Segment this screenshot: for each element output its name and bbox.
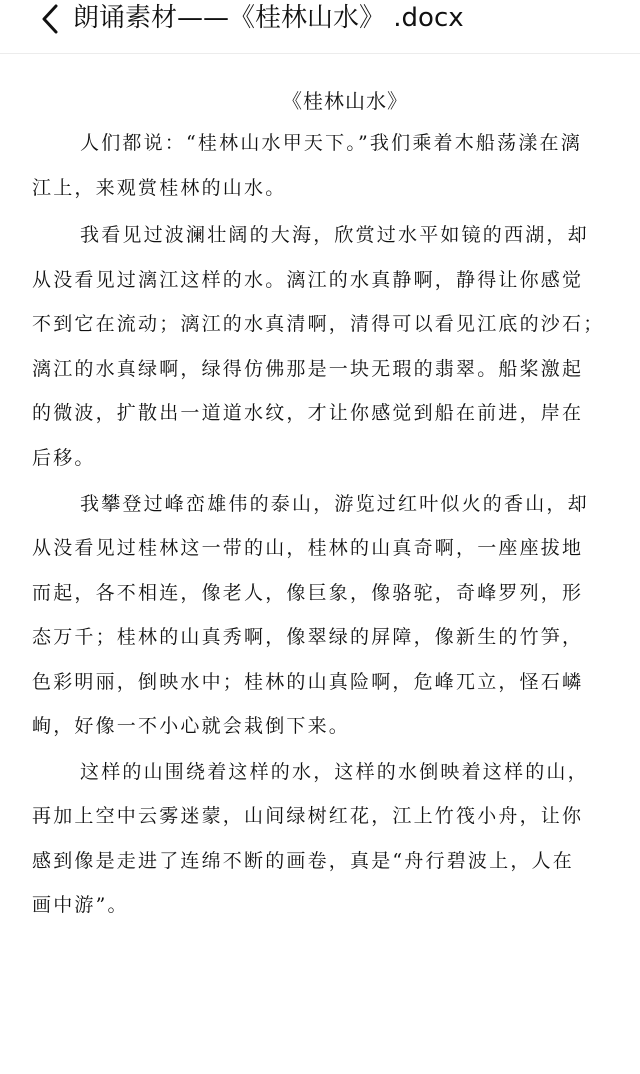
paragraph-3-line-5: 色彩明丽，倒映水中；桂林的山真险啊，危峰兀立，怪石嶙 [32, 669, 583, 695]
chevron-left-icon [34, 2, 70, 38]
paragraph-2-line-4: 漓江的水真绿啊，绿得仿佛那是一块无瑕的翡翠。船桨激起 [32, 356, 583, 382]
document-heading: 《桂林山水》 [0, 88, 640, 114]
paragraph-2-line-1: 我看见过波澜壮阔的大海，欣赏过水平如镜的西湖，却 [80, 222, 589, 248]
paragraph-1-line-1: 人们都说：“桂林山水甲天下。”我们乘着木船荡漾在漓 [80, 130, 582, 156]
paragraph-2-line-3: 不到它在流动；漓江的水真清啊，清得可以看见江底的沙石； [32, 311, 604, 337]
document-viewer[interactable]: 《桂林山水》 人们都说：“桂林山水甲天下。”我们乘着木船荡漾在漓 江上，来观赏桂… [0, 54, 640, 1074]
paragraph-2-line-6: 后移。 [32, 445, 96, 471]
paragraph-3-line-6: 峋，好像一不小心就会栽倒下来。 [32, 713, 350, 739]
paragraph-4-line-2: 再加上空中云雾迷蒙，山间绿树红花，江上竹筏小舟，让你 [32, 803, 583, 829]
paragraph-2-line-5: 的微波，扩散出一道道水纹，才让你感觉到船在前进，岸在 [32, 400, 583, 426]
paragraph-3-line-1: 我攀登过峰峦雄伟的泰山，游览过红叶似火的香山，却 [80, 491, 589, 517]
document-filename-title: 朗诵素材——《桂林山水》 .docx [73, 2, 464, 34]
paragraph-4-line-1: 这样的山围绕着这样的水，这样的水倒映着这样的山， [80, 759, 589, 785]
paragraph-2-line-2: 从没看见过漓江这样的水。漓江的水真静啊，静得让你感觉 [32, 267, 583, 293]
paragraph-3-line-3: 而起，各不相连，像老人，像巨象，像骆驼，奇峰罗列，形 [32, 580, 583, 606]
back-button[interactable] [34, 2, 70, 38]
top-bar: 朗诵素材——《桂林山水》 .docx [0, 0, 640, 54]
paragraph-4-line-4: 画中游”。 [32, 892, 129, 918]
paragraph-3-line-2: 从没看见过桂林这一带的山，桂林的山真奇啊，一座座拔地 [32, 535, 583, 561]
paragraph-3-line-4: 态万千；桂林的山真秀啊，像翠绿的屏障，像新生的竹笋， [32, 624, 583, 650]
paragraph-4-line-3: 感到像是走进了连绵不断的画卷，真是“舟行碧波上，人在 [32, 848, 574, 874]
paragraph-1-line-2: 江上，来观赏桂林的山水。 [32, 175, 286, 201]
